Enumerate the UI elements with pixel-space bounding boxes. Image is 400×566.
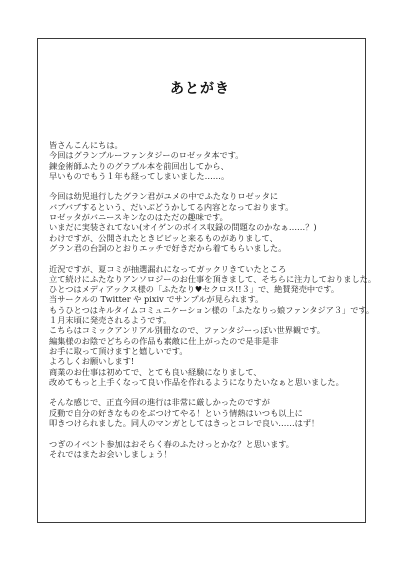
text-line: それではまたお会いしましょう！: [49, 449, 359, 459]
text-line: そんな感じで、正直今回の進行は非常に厳しかったのですが: [49, 397, 359, 407]
text-line: 今回は幼児退行したグラン君がユメの中でふたなりロゼッタに: [49, 191, 359, 201]
paragraph-closing: つぎのイベント参加はおそらく春のふたけっとかな？と思います。 それではまたお会い…: [49, 439, 359, 460]
text-line: 商業のお仕事は初めてで、とても良い経験になりまして、: [49, 367, 359, 377]
paragraph-news: 近況ですが、夏コミが抽選漏れになってガックリきていたところ 立て続けにふたなりア…: [49, 264, 359, 388]
text-line: いまだに実装されてない(オイゲンのボイス収録の問題なのかなぁ……？): [49, 222, 359, 232]
text-line: ひとつはメディアックス様の「ふたなり♥セクロス!!３」で、絶賛発売中です。: [49, 284, 359, 294]
text-line: 早いものでもう１年も経ってしまいました……。: [49, 171, 359, 181]
text-line: 反動で自分の好きなものをぶつけてやる！という情熱はいつも以上に: [49, 408, 359, 418]
text-line: 改めてもっと上手くなって良い作品を作れるようになりたいなぁと思いました。: [49, 377, 359, 387]
text-line: 当サークルの Twitter や pixiv でサンプルが見られます。: [49, 294, 359, 304]
text-line: バブバブするという、だいぶどうかしてる内容となっております。: [49, 202, 359, 212]
afterword-body: 皆さんこんにちは。 今回はグランブルーファンタジーのロゼッタ本です。 錬金術師ふ…: [49, 140, 359, 470]
text-line: 今回はグランブルーファンタジーのロゼッタ本です。: [49, 150, 359, 160]
text-line: 皆さんこんにちは。: [49, 140, 359, 150]
text-line: 叩きつけられました。同人のマンガとしてはきっとコレで良い……はず！: [49, 418, 359, 428]
text-line: わけですが、公開されたときビビッと来るものがありまして、: [49, 233, 359, 243]
paragraph-reflection: そんな感じで、正直今回の進行は非常に厳しかったのですが 反動で自分の好きなものを…: [49, 397, 359, 428]
page-title: あとがき: [0, 78, 400, 98]
text-line: つぎのイベント参加はおそらく春のふたけっとかな？と思います。: [49, 439, 359, 449]
text-line: 編集様のお陰でどちらの作品も素敵に仕上がったので是非是非: [49, 336, 359, 346]
text-line: もうひとつはキルタイムコミュニケーション様の「ふたなりっ娘ファンタジア３」です。: [49, 305, 359, 315]
text-line: ロゼッタがバニースキンなのはただの趣味です。: [49, 212, 359, 222]
text-line: グラン君の台詞のとおりエッチで好きだから着てもらいました。: [49, 243, 359, 253]
text-line: お手に取って頂けますと嬉しいです。: [49, 346, 359, 356]
paragraph-story: 今回は幼児退行したグラン君がユメの中でふたなりロゼッタに バブバブするという、だ…: [49, 191, 359, 253]
text-line: 近況ですが、夏コミが抽選漏れになってガックリきていたところ: [49, 264, 359, 274]
text-line: 立て続けにふたなりアンソロジーのお仕事を頂きまして、そちらに注力しておりました。: [49, 274, 359, 284]
paragraph-greeting: 皆さんこんにちは。 今回はグランブルーファンタジーのロゼッタ本です。 錬金術師ふ…: [49, 140, 359, 181]
text-line: よろしくお願いします!: [49, 356, 359, 366]
text-line: 錬金術師ふたりのグラブル本を前回出してから、: [49, 161, 359, 171]
text-line: １月末頃に発売されるようです。: [49, 315, 359, 325]
text-line: こちらはコミックアンリアル別冊なので、ファンタジーっぽい世界観です。: [49, 325, 359, 335]
